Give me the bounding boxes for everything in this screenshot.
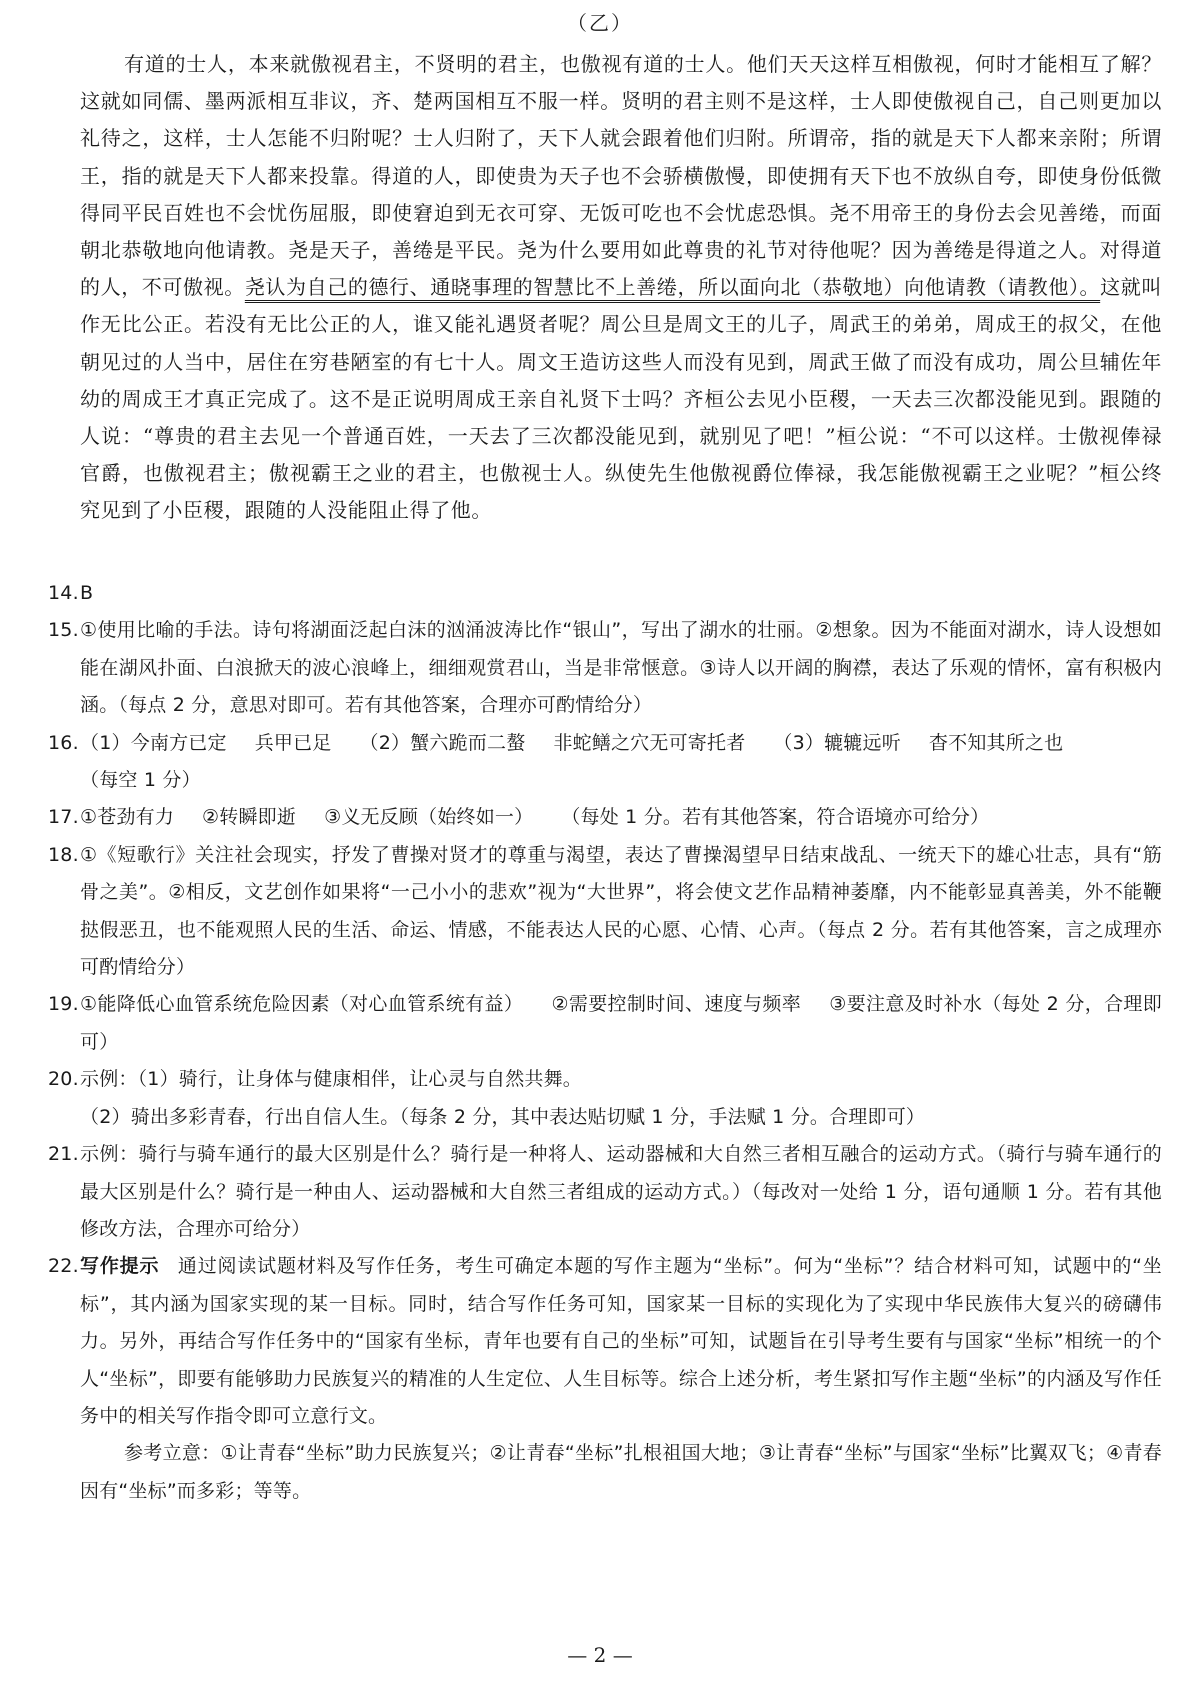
answer-line: （2）骑出多彩青春，行出自信人生。（每条 2 分，其中表达贴切赋 1 分，手法赋… (80, 1099, 1162, 1136)
underlined-sentence: 尧认为自己的德行、通晓事理的智慧比不上善绻，所以面向北（恭敬地）向他请教（请教他… (245, 275, 1100, 299)
answer-item-19: 19. ①能降低心血管系统危险因素（对心血管系统有益）②需要控制时间、速度与频率… (48, 986, 1162, 1061)
answer-blank: （3）辘辘远听 (773, 732, 901, 754)
answer-blank: 非蛇鳝之穴无可寄托者 (553, 732, 745, 754)
answer-blank: 兵甲已足 (255, 732, 332, 754)
answer-point: ②需要控制时间、速度与频率 (551, 993, 801, 1015)
answer-item-16: 16. （1）今南方已定兵甲已足（2）蟹六跪而二螯非蛇鳝之穴无可寄托者（3）辘辘… (48, 725, 1162, 800)
answer-text: B (80, 575, 1162, 612)
writing-tip-label: 写作提示 (80, 1255, 159, 1277)
question-number: 19. (48, 986, 80, 1061)
question-number: 20. (48, 1061, 80, 1136)
question-number: 15. (48, 612, 80, 724)
reference-ideas: 参考立意：①让青春“坐标”助力民族复兴；②让青春“坐标”扎根祖国大地；③让青春“… (80, 1435, 1162, 1510)
answer-blank: 杳不知其所之也 (929, 732, 1063, 754)
scoring-note: （每空 1 分） (80, 762, 1162, 799)
question-number: 16. (48, 725, 80, 800)
answer-item-22: 22. 写作提示通过阅读试题材料及写作任务，考生可确定本题的写作主题为“坐标”。… (48, 1248, 1162, 1510)
passage-paragraph: 有道的士人，本来就傲视君主，不贤明的君主，也傲视有道的士人。他们天天这样互相傲视… (80, 46, 1162, 530)
answer-item-14: 14. B (48, 575, 1162, 612)
answer-point: ①苍劲有力 (80, 806, 174, 828)
answer-line: 示例：（1）骑行，让身体与健康相伴，让心灵与自然共舞。 (80, 1061, 1162, 1098)
answer-text: ①能降低心血管系统危险因素（对心血管系统有益）②需要控制时间、速度与频率③要注意… (80, 986, 1162, 1061)
answer-text: 写作提示通过阅读试题材料及写作任务，考生可确定本题的写作主题为“坐标”。何为“坐… (80, 1248, 1162, 1435)
question-number: 21. (48, 1136, 80, 1248)
answer-text: 示例：骑行与骑车通行的最大区别是什么？骑行是一种将人、运动器械和大自然三者相互融… (80, 1136, 1162, 1248)
question-number: 18. (48, 837, 80, 987)
writing-tip-text: 通过阅读试题材料及写作任务，考生可确定本题的写作主题为“坐标”。何为“坐标”？结… (80, 1255, 1162, 1427)
answer-text: ①《短歌行》关注社会现实，抒发了曹操对贤才的尊重与渴望，表达了曹操渴望早日结束战… (80, 837, 1162, 987)
answer-text: ①使用比喻的手法。诗句将湖面泛起白沫的汹涌波涛比作“银山”，写出了湖水的壮丽。②… (80, 612, 1162, 724)
answer-item-18: 18. ①《短歌行》关注社会现实，抒发了曹操对贤才的尊重与渴望，表达了曹操渴望早… (48, 837, 1162, 987)
page-number: — 2 — (0, 1640, 1200, 1670)
passage-text: 有道的士人，本来就傲视君主，不贤明的君主，也傲视有道的士人。他们天天这样互相傲视… (80, 52, 1162, 299)
answer-text: （1）今南方已定兵甲已足（2）蟹六跪而二螯非蛇鳝之穴无可寄托者（3）辘辘远听杳不… (80, 725, 1162, 762)
answer-list: 14. B 15. ①使用比喻的手法。诗句将湖面泛起白沫的汹涌波涛比作“银山”，… (48, 575, 1162, 1510)
answer-point: ②转瞬即逝 (202, 806, 296, 828)
section-title: （乙） (0, 8, 1200, 38)
answer-item-20: 20. 示例：（1）骑行，让身体与健康相伴，让心灵与自然共舞。 （2）骑出多彩青… (48, 1061, 1162, 1136)
answer-item-21: 21. 示例：骑行与骑车通行的最大区别是什么？骑行是一种将人、运动器械和大自然三… (48, 1136, 1162, 1248)
document-page: （乙） 有道的士人，本来就傲视君主，不贤明的君主，也傲视有道的士人。他们天天这样… (0, 0, 1200, 1697)
question-number: 22. (48, 1248, 80, 1510)
answer-text: ①苍劲有力②转瞬即逝③义无反顾（始终如一）（每处 1 分。若有其他答案，符合语境… (80, 799, 1162, 836)
scoring-note: （每处 1 分。若有其他答案，符合语境亦可给分） (561, 806, 989, 828)
question-number: 17. (48, 799, 80, 836)
answer-item-17: 17. ①苍劲有力②转瞬即逝③义无反顾（始终如一）（每处 1 分。若有其他答案，… (48, 799, 1162, 836)
passage-text: 这就叫作无比公正。若没有无比公正的人，谁又能礼遇贤者呢？周公旦是周文王的儿子，周… (80, 275, 1162, 522)
question-number: 14. (48, 575, 80, 612)
answer-blank: （1）今南方已定 (80, 732, 227, 754)
answer-item-15: 15. ①使用比喻的手法。诗句将湖面泛起白沫的汹涌波涛比作“银山”，写出了湖水的… (48, 612, 1162, 724)
translation-passage: 有道的士人，本来就傲视君主，不贤明的君主，也傲视有道的士人。他们天天这样互相傲视… (80, 46, 1162, 530)
answer-point: ③义无反顾（始终如一） (324, 806, 533, 828)
answer-blank: （2）蟹六跪而二螯 (360, 732, 526, 754)
answer-point: ①能降低心血管系统危险因素（对心血管系统有益） (80, 993, 523, 1015)
